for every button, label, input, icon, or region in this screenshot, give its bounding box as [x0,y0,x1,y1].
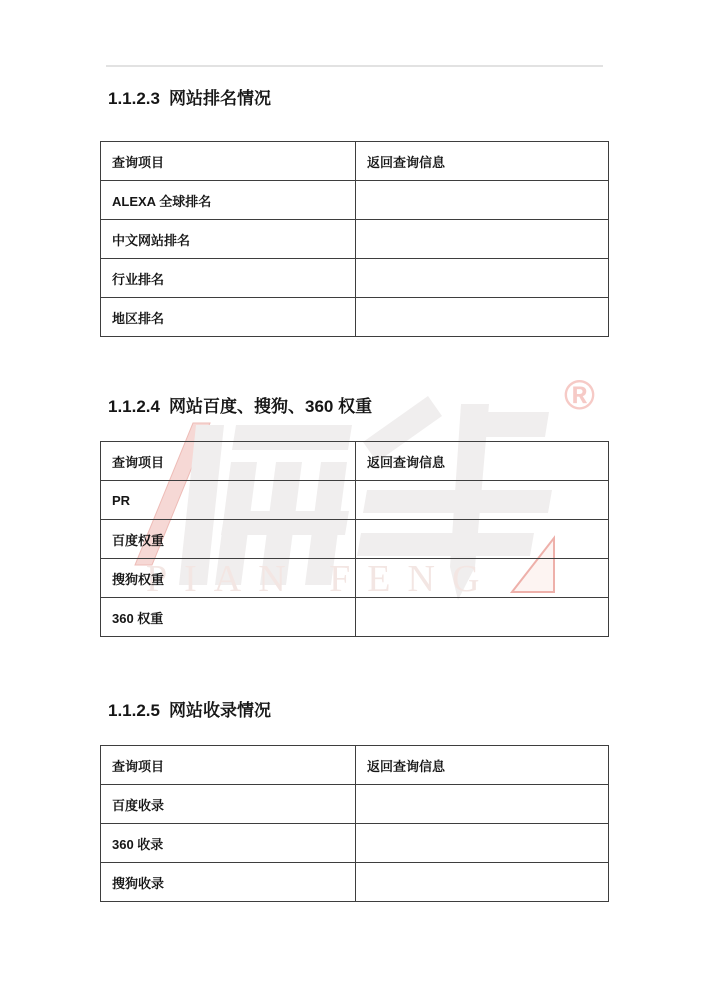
table-row: 搜狗权重 [101,559,609,598]
item-label-industry-rank: 行业排名 [101,259,356,298]
item-label-baidu-indexed: 百度收录 [101,785,356,824]
item-label-pr: PR [101,481,356,520]
heading-title: 网站收录情况 [169,701,271,720]
section-heading-weights: 1.1.2.4网站百度、搜狗、360 权重 [108,396,372,418]
item-label-sogou-indexed: 搜狗收录 [101,863,356,902]
ranking-table: 查询项目 返回查询信息 ALEXA 全球排名 中文网站排名 行业排名 地区排名 [100,141,609,337]
table-row: ALEXA 全球排名 [101,181,609,220]
indexing-table: 查询项目 返回查询信息 百度收录 360 收录 搜狗收录 [100,745,609,902]
value-cell-360-indexed[interactable] [356,824,609,863]
item-label-chinese-site-rank: 中文网站排名 [101,220,356,259]
value-cell-chinese-site-rank[interactable] [356,220,609,259]
table-row: 行业排名 [101,259,609,298]
heading-number: 1.1.2.4 [108,396,160,418]
item-label-360-indexed: 360 收录 [101,824,356,863]
value-cell-industry-rank[interactable] [356,259,609,298]
item-label-region-rank: 地区排名 [101,298,356,337]
table-row: 360 权重 [101,598,609,637]
column-header-query-item: 查询项目 [101,442,356,481]
column-header-query-result: 返回查询信息 [356,746,609,785]
item-label-sogou-weight: 搜狗权重 [101,559,356,598]
value-cell-region-rank[interactable] [356,298,609,337]
value-cell-pr[interactable] [356,481,609,520]
column-header-query-result: 返回查询信息 [356,142,609,181]
section-heading-ranking: 1.1.2.3网站排名情况 [108,88,271,110]
value-cell-baidu-weight[interactable] [356,520,609,559]
header-separator-line [106,65,603,67]
table-row: 百度权重 [101,520,609,559]
heading-number: 1.1.2.3 [108,88,160,110]
item-label-360-weight: 360 权重 [101,598,356,637]
table-row: 360 收录 [101,824,609,863]
column-header-query-result: 返回查询信息 [356,442,609,481]
table-row: 百度收录 [101,785,609,824]
value-cell-sogou-indexed[interactable] [356,863,609,902]
weights-table: 查询项目 返回查询信息 PR 百度权重 搜狗权重 360 权重 [100,441,609,637]
column-header-query-item: 查询项目 [101,746,356,785]
item-label-alexa-global-rank: ALEXA 全球排名 [101,181,356,220]
column-header-query-item: 查询项目 [101,142,356,181]
value-cell-sogou-weight[interactable] [356,559,609,598]
table-header-row: 查询项目 返回查询信息 [101,746,609,785]
table-row: PR [101,481,609,520]
value-cell-alexa-global-rank[interactable] [356,181,609,220]
document-page: PIAN FENG ® 1.1.2.3网站排名情况 查询项目 返回查询信息 AL… [0,0,707,1000]
value-cell-baidu-indexed[interactable] [356,785,609,824]
heading-number: 1.1.2.5 [108,700,160,722]
value-cell-360-weight[interactable] [356,598,609,637]
table-header-row: 查询项目 返回查询信息 [101,442,609,481]
section-heading-indexing: 1.1.2.5网站收录情况 [108,700,271,722]
registered-trademark-icon: ® [564,371,595,418]
heading-title: 网站排名情况 [169,89,271,108]
table-row: 地区排名 [101,298,609,337]
table-row: 中文网站排名 [101,220,609,259]
item-label-baidu-weight: 百度权重 [101,520,356,559]
table-header-row: 查询项目 返回查询信息 [101,142,609,181]
heading-title: 网站百度、搜狗、360 权重 [169,397,372,416]
table-row: 搜狗收录 [101,863,609,902]
